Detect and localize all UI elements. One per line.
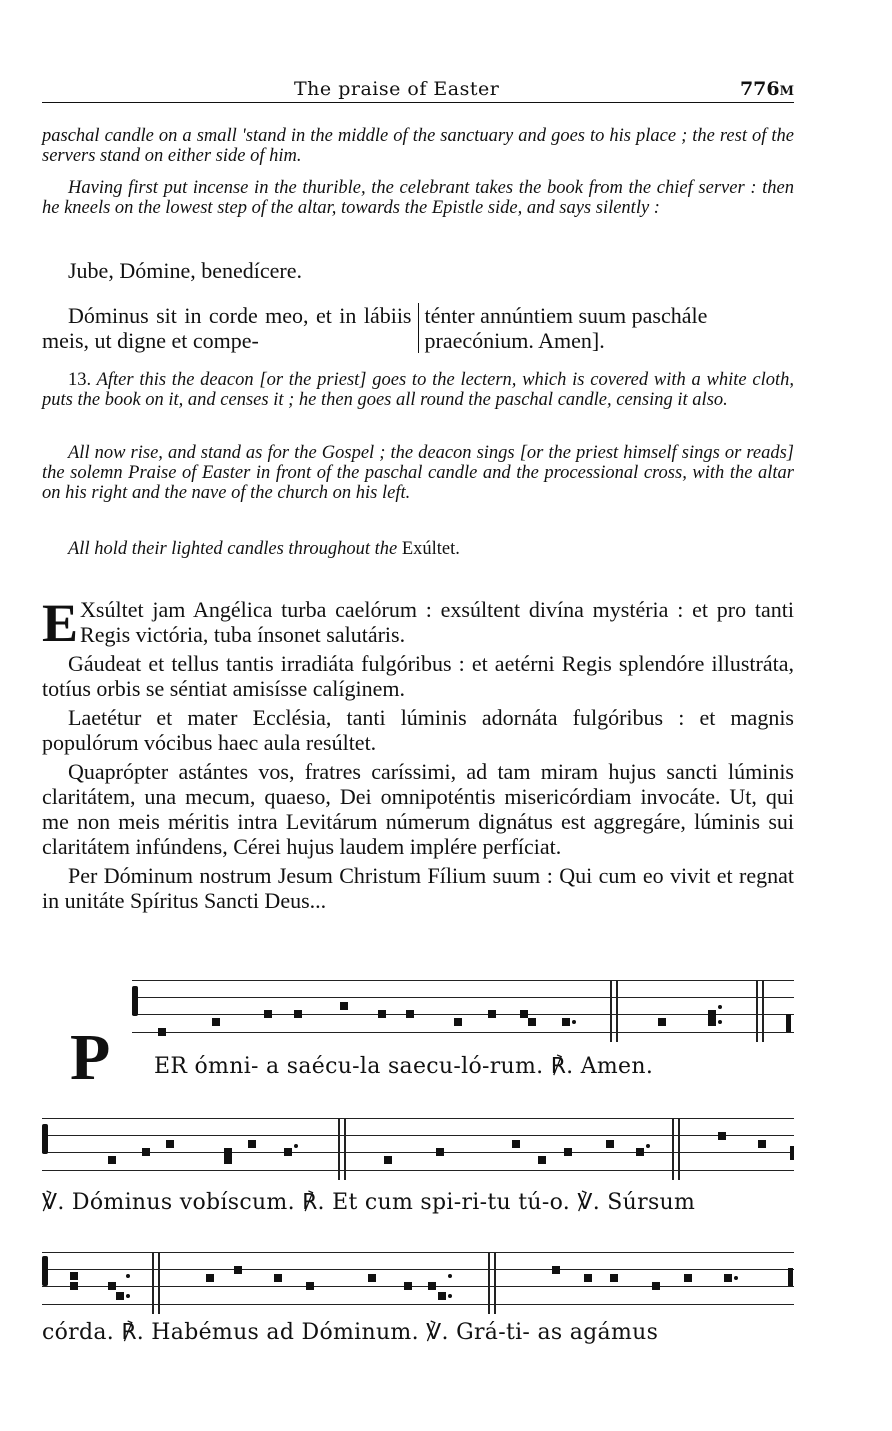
exultet-word: Exúltet. — [402, 539, 460, 559]
latin-text: Jube, Dómine, benedícere. — [42, 258, 794, 283]
rubric-text: paschal candle on a small 'stand in the … — [42, 126, 794, 166]
double-bar — [488, 1252, 496, 1314]
drop-cap: E — [42, 601, 78, 645]
page-number: 776M — [740, 78, 794, 100]
exsultet-paragraph-1: EXsúltet jam Angélica turba caelórum : e… — [42, 597, 794, 647]
paragraph-number: 13. — [68, 370, 91, 390]
double-bar — [672, 1118, 680, 1180]
music-staff — [132, 980, 794, 1040]
prayer-right-column: ténter annúntiem suum paschále praecóniu… — [419, 303, 795, 353]
running-header: The praise of Easter 776M — [42, 78, 794, 103]
double-bar — [610, 980, 618, 1042]
rubric-continuation: paschal candle on a small 'stand in the … — [42, 126, 794, 166]
music-staff — [42, 1252, 794, 1312]
rubric-text: All hold their lighted candles throughou… — [68, 539, 397, 559]
double-bar — [338, 1118, 346, 1180]
page-title: The praise of Easter — [294, 78, 499, 100]
rubric-text: After this the deacon [or the priest] go… — [42, 370, 794, 410]
chant-lyrics: ℣. Dóminus vobíscum. ℟. Et cum spi-ri-tu… — [42, 1190, 695, 1215]
prayer-dominus: Dóminus sit in corde meo, et in lábiis m… — [42, 303, 794, 353]
rubric-candles: All hold their lighted candles throughou… — [42, 539, 794, 559]
exsultet-paragraph-3: Laetétur et mater Ecclésia, tanti lúmini… — [42, 705, 794, 755]
exsultet-paragraph-5: Per Dóminum nostrum Jesum Christum Fíliu… — [42, 863, 794, 913]
rubric-text: Having first put incense in the thurible… — [42, 178, 794, 218]
prayer-left-column: Dóminus sit in corde meo, et in lábiis m… — [42, 303, 419, 353]
double-bar — [152, 1252, 160, 1314]
prayer-jube: Jube, Dómine, benedícere. — [42, 258, 794, 283]
rubric-rise: All now rise, and stand as for the Gospe… — [42, 443, 794, 503]
do-clef-icon — [132, 986, 138, 1016]
rubric-incense: Having first put incense in the thurible… — [42, 178, 794, 218]
page-number-digits: 776 — [740, 78, 780, 100]
exsultet-paragraph-2: Gáudeat et tellus tantis irradiáta fulgó… — [42, 651, 794, 701]
music-staff — [42, 1118, 794, 1178]
page-number-suffix: M — [780, 84, 794, 99]
latin-text: Xsúltet jam Angélica turba caelórum : ex… — [80, 597, 794, 647]
exsultet-text: EXsúltet jam Angélica turba caelórum : e… — [42, 597, 794, 913]
rubric-text: All now rise, and stand as for the Gospe… — [42, 443, 794, 503]
exsultet-paragraph-4: Quaprópter astántes vos, fratres caríssi… — [42, 759, 794, 859]
chant-lyrics: ER ómni- a saécu-la saecu-ló-rum. ℟. Ame… — [154, 1054, 653, 1079]
chant-initial: P — [70, 1028, 110, 1088]
do-clef-icon — [42, 1256, 48, 1286]
rubric-13: 13. After this the deacon [or the priest… — [42, 370, 794, 410]
double-bar — [756, 980, 764, 1042]
chant-lyrics: córda. ℟. Habémus ad Dóminum. ℣. Grá-ti-… — [42, 1320, 658, 1345]
do-clef-icon — [42, 1124, 48, 1154]
